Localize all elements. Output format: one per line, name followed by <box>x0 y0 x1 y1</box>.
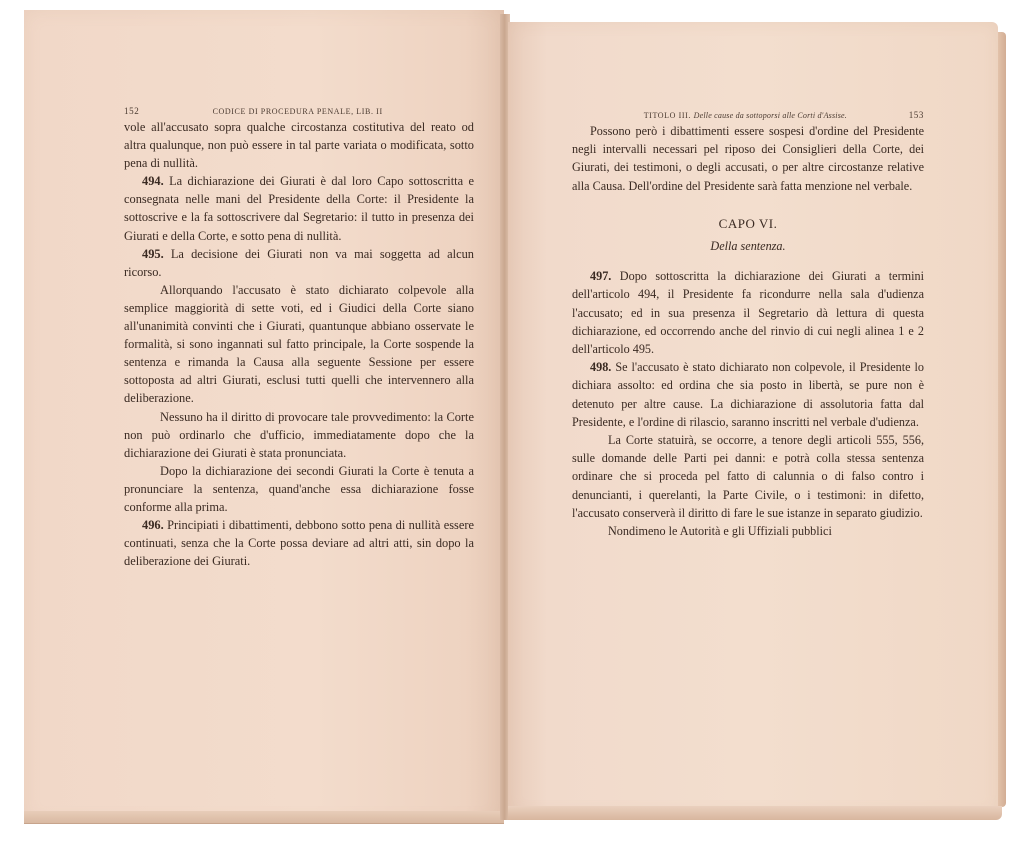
paragraph: La Corte statuirà, se occorre, a tenore … <box>572 431 924 522</box>
paragraph: Allorquando l'accusato è stato dichiarat… <box>124 281 474 408</box>
article-number: 495. <box>142 247 164 261</box>
right-running-head: TITOLO III. Delle cause da sottoporsi al… <box>572 106 924 120</box>
open-book: 152 CODICE DI PROCEDURA PENALE, LIB. II … <box>0 0 1024 842</box>
article-text: Principiati i dibattimenti, debbono sott… <box>124 518 474 568</box>
article-494: 494. La dichiarazione dei Giurati è dal … <box>124 172 474 244</box>
article-496: 496. Principiati i dibattimenti, debbono… <box>124 516 474 570</box>
right-page-fore-edge <box>998 32 1006 807</box>
article-text: La dichiarazione dei Giurati è dal loro … <box>124 174 474 242</box>
article-text: Se l'accusato è stato dichiarato non col… <box>572 360 924 429</box>
left-page: 152 CODICE DI PROCEDURA PENALE, LIB. II … <box>24 10 504 822</box>
right-page-edge <box>508 806 1002 820</box>
chapter-subtitle: Della sentenza. <box>572 237 924 255</box>
article-text: La decisione dei Giurati non va mai sogg… <box>124 247 474 279</box>
article-number: 498. <box>590 360 611 374</box>
paragraph: vole all'accusato sopra qualche circosta… <box>124 118 474 172</box>
article-497: 497. Dopo sottoscritta la dichiarazione … <box>572 267 924 358</box>
article-498: 498. Se l'accusato è stato dichiarato no… <box>572 358 924 431</box>
paragraph: Nondimeno le Autorità e gli Uffiziali pu… <box>572 522 924 540</box>
article-number: 496. <box>142 518 164 532</box>
right-page-text: TITOLO III. Delle cause da sottoporsi al… <box>572 106 924 540</box>
article-text: Dopo sottoscritta la dichiarazione dei G… <box>572 269 924 356</box>
paragraph: Nessuno ha il diritto di provocare tale … <box>124 408 474 462</box>
article-number: 497. <box>590 269 611 283</box>
chapter-title: CAPO VI. <box>572 215 924 233</box>
article-495: 495. La decisione dei Giurati non va mai… <box>124 245 474 281</box>
left-page-text: 152 CODICE DI PROCEDURA PENALE, LIB. II … <box>124 102 474 570</box>
left-running-head: 152 CODICE DI PROCEDURA PENALE, LIB. II <box>124 102 474 116</box>
left-page-edge <box>24 811 504 824</box>
paragraph: Possono però i dibattimenti essere sospe… <box>572 122 924 195</box>
right-page: TITOLO III. Delle cause da sottoporsi al… <box>508 22 998 814</box>
article-number: 494. <box>142 174 164 188</box>
paragraph: Dopo la dichiarazione dei secondi Giurat… <box>124 462 474 516</box>
